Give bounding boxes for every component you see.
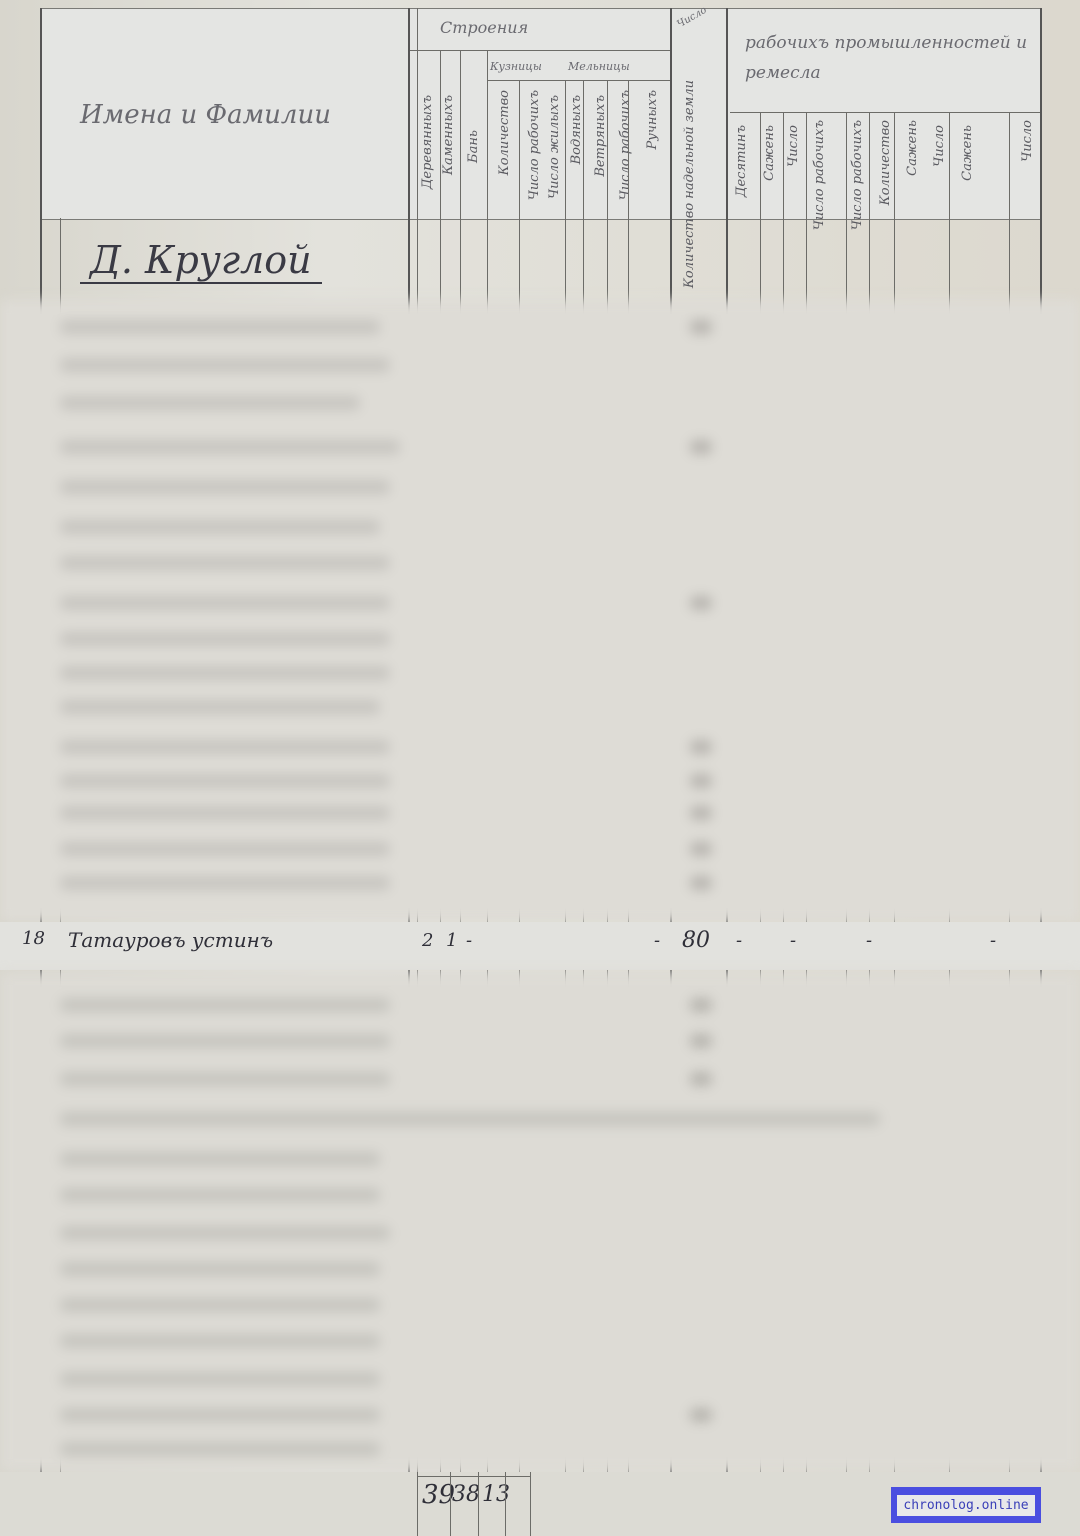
row-value: -	[790, 930, 796, 951]
col-header: Сажень	[762, 125, 777, 181]
row-value: -	[736, 930, 742, 951]
col-header: Десятинъ	[734, 125, 749, 197]
redacted-rows-bottom	[0, 972, 1080, 1472]
col-header: Число рабочихъ	[618, 90, 633, 200]
col-header: Каменныхъ	[441, 95, 456, 175]
watermark-text: chronolog.online	[897, 1495, 1034, 1516]
grid-line	[450, 1472, 451, 1536]
group-heading-buildings: Строения	[440, 18, 528, 37]
col-header: Число	[786, 125, 801, 167]
totals-top-line	[417, 1476, 530, 1477]
total-value: 38	[452, 1482, 480, 1507]
redacted-rows-top	[0, 300, 1080, 922]
header-divider	[488, 80, 670, 81]
col-header: Сажень	[960, 125, 975, 181]
col-header: Количество	[497, 90, 512, 175]
row-value: -	[990, 930, 996, 951]
row-value: -	[654, 930, 660, 951]
row-value: 80	[682, 928, 710, 953]
col-header: Количество	[878, 120, 893, 205]
col-header: Количество надельной земли	[682, 80, 697, 288]
col-header: Ручныхъ	[645, 90, 660, 150]
grid-line	[478, 1472, 479, 1536]
row-value: -	[466, 930, 472, 951]
col-header: Сажень	[905, 120, 920, 176]
col-header: Водяныхъ	[569, 95, 584, 164]
col-header: Число	[1020, 120, 1035, 162]
row-value: 2	[422, 930, 433, 951]
col-header: Число рабочихъ	[812, 120, 827, 230]
header-divider	[730, 112, 1040, 113]
subgroup-smithies: Кузницы	[490, 60, 542, 73]
ledger-page: Имена и Фамилии Строения Кузницы Мельниц…	[0, 0, 1080, 1536]
col-header: Деревянныхъ	[420, 95, 435, 189]
section-title: Д. Круглой	[80, 238, 322, 284]
col-header: Ветряныхъ	[593, 95, 608, 177]
watermark-badge: chronolog.online	[891, 1487, 1041, 1523]
col-header: Число	[932, 125, 947, 167]
right-group-heading: рабочихъ промышленностей и ремесла	[745, 28, 1035, 88]
ledger-row: 18 Татауровъ устинъ 2 1 - - 80 - - - -	[0, 922, 1080, 970]
grid-line	[505, 1472, 506, 1536]
row-value: -	[866, 930, 872, 951]
grid-line	[417, 1472, 418, 1536]
col-header: Число рабочихъ	[850, 120, 865, 230]
col-header: Число рабочихъ	[527, 90, 542, 200]
row-value: 1	[446, 930, 457, 951]
name-column-title: Имена и Фамилии	[80, 100, 331, 130]
header-divider	[408, 50, 670, 51]
row-number: 18	[22, 928, 45, 949]
row-name: Татауровъ устинъ	[68, 928, 273, 952]
subgroup-mills: Мельницы	[568, 60, 630, 73]
col-header: Бань	[466, 130, 481, 163]
grid-line	[530, 1472, 531, 1536]
col-header: Число жилыхъ	[547, 95, 562, 199]
